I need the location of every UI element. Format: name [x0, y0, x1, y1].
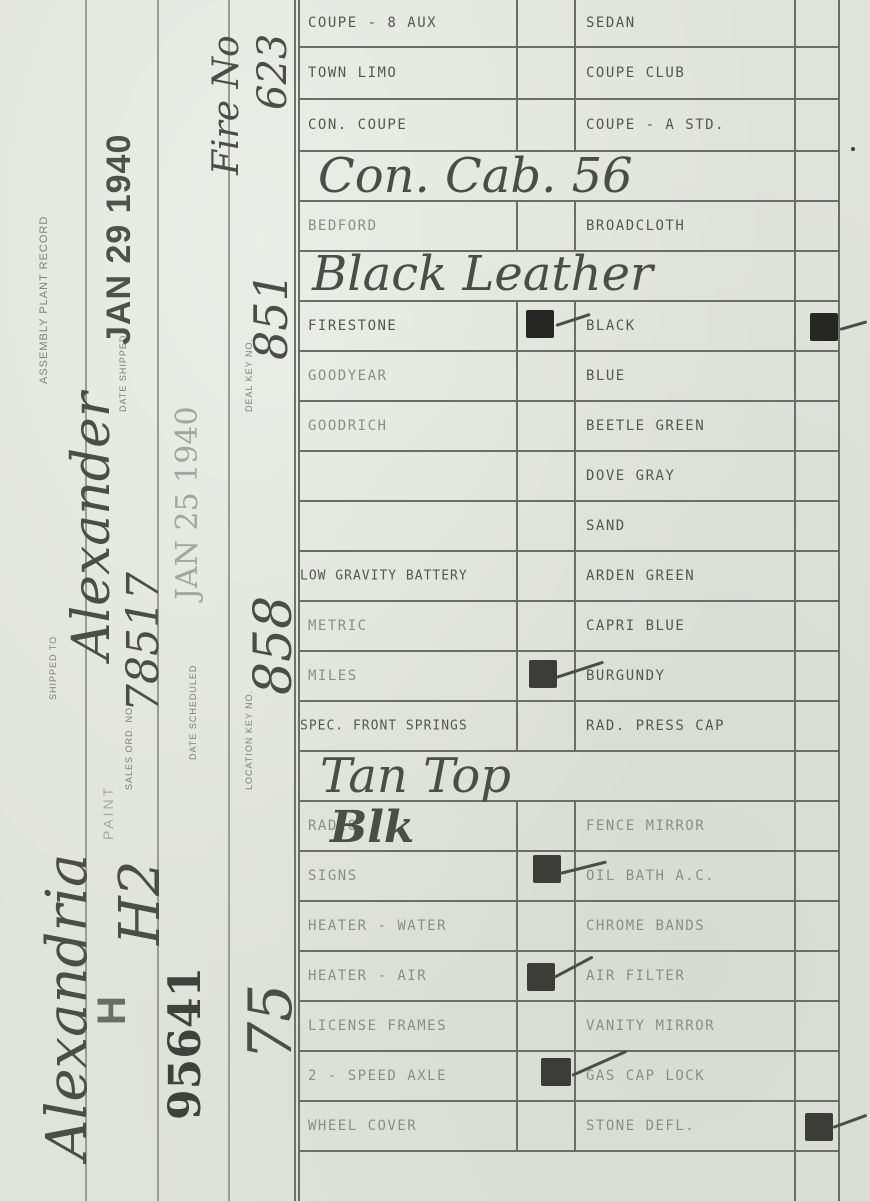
handwritten-top: Tan Top — [320, 748, 511, 804]
table-row: GOODRICH BEETLE GREEN — [298, 402, 840, 452]
checkbox[interactable] — [794, 0, 840, 46]
option-cell: FIRESTONE — [298, 302, 516, 350]
option-label: METRIC — [308, 618, 368, 634]
checkbox[interactable] — [516, 902, 574, 950]
signature-handwriting: Alexander — [62, 392, 122, 660]
option-label: VANITY MIRROR — [586, 1018, 715, 1034]
dealer-key-no-value: 851 — [244, 272, 298, 360]
assembly-plant-record-label: ASSEMBLY PLANT RECORD — [38, 216, 50, 384]
option-label: BLACK — [586, 318, 636, 334]
option-cell: METRIC — [298, 602, 516, 650]
option-label: BROADCLOTH — [586, 218, 685, 234]
table-row: BEDFORD BROADCLOTH — [298, 202, 840, 252]
option-cell: 2 - SPEED AXLE — [298, 1052, 516, 1100]
checkbox[interactable] — [794, 552, 840, 600]
option-cell: FENCE MIRROR — [574, 802, 794, 850]
table-row: CON. COUPE COUPE - A STD. — [298, 100, 840, 152]
checkbox[interactable] — [794, 352, 840, 400]
option-cell: AIR FILTER — [574, 952, 794, 1000]
option-label: SEDAN — [586, 15, 636, 31]
sales-ord-no-label: SALES ORD. NO. — [124, 703, 134, 790]
checkbox[interactable] — [794, 852, 840, 900]
option-label: 2 - SPEED AXLE — [308, 1068, 447, 1084]
checkbox[interactable] — [516, 502, 574, 550]
table-row: FIRESTONE BLACK — [298, 302, 840, 352]
handwritten-code: 75 — [236, 984, 306, 1060]
option-cell: COUPE - 8 AUX — [298, 0, 516, 46]
option-cell: GOODRICH — [298, 402, 516, 450]
checkmark-heater-air — [527, 963, 555, 991]
option-cell — [298, 452, 516, 500]
checkbox[interactable] — [516, 202, 574, 250]
table-row: LOW GRAVITY BATTERY ARDEN GREEN — [298, 552, 840, 602]
checkbox[interactable] — [794, 702, 840, 750]
table-row: COUPE - 8 AUX SEDAN — [298, 0, 840, 48]
column-rule — [228, 0, 230, 1201]
checkmark-signs — [533, 855, 561, 883]
option-label: BURGUNDY — [586, 668, 665, 684]
checkbox[interactable] — [516, 100, 574, 150]
table-row: SPEC. FRONT SPRINGS RAD. PRESS CAP — [298, 702, 840, 752]
checkbox[interactable] — [794, 1002, 840, 1050]
empty-row — [298, 1152, 840, 1201]
checkbox[interactable] — [794, 100, 840, 150]
option-cell: CHROME BANDS — [574, 902, 794, 950]
option-label: TOWN LIMO — [308, 65, 397, 81]
checkmark-2-speed-axle — [541, 1058, 571, 1086]
table-row: LICENSE FRAMES VANITY MIRROR — [298, 1002, 840, 1052]
checkbox[interactable] — [516, 1102, 574, 1150]
serial-number: 95641 — [160, 967, 211, 1120]
handwritten-body-type: Con. Cab. 56 — [318, 148, 633, 204]
option-cell: CON. COUPE — [298, 100, 516, 150]
option-label: CAPRI BLUE — [586, 618, 685, 634]
checkbox[interactable] — [794, 402, 840, 450]
option-label: COUPE - 8 AUX — [308, 15, 437, 31]
option-label: BLUE — [586, 368, 626, 384]
table-row: WHEEL COVER STONE DEFL. — [298, 1102, 840, 1152]
option-cell: BLUE — [574, 352, 794, 400]
fire-no-value: 623 — [250, 34, 296, 110]
option-label: GAS CAP LOCK — [586, 1068, 705, 1084]
handwritten-top-color: Blk — [330, 802, 414, 853]
option-cell: BLACK — [574, 302, 794, 350]
checkbox[interactable] — [794, 952, 840, 1000]
option-label: GOODRICH — [308, 418, 387, 434]
checkbox[interactable] — [794, 602, 840, 650]
checkbox[interactable] — [794, 752, 840, 800]
option-label: GOODYEAR — [308, 368, 387, 384]
option-cell: CAPRI BLUE — [574, 602, 794, 650]
option-label: HEATER - WATER — [308, 918, 447, 934]
option-cell: STONE DEFL. — [574, 1102, 794, 1150]
checkmark-firestone — [526, 310, 554, 338]
paint-label: PAINT — [100, 785, 116, 840]
option-label: BEETLE GREEN — [586, 418, 705, 434]
option-cell: SPEC. FRONT SPRINGS — [298, 702, 516, 750]
option-cell — [298, 502, 516, 550]
option-cell: BROADCLOTH — [574, 202, 794, 250]
option-label: BEDFORD — [308, 218, 378, 234]
location-key-no-value: 858 — [244, 596, 304, 695]
option-label: FENCE MIRROR — [586, 818, 705, 834]
table-row: SIGNS OIL BATH A.C. — [298, 852, 840, 902]
checkbox[interactable] — [794, 452, 840, 500]
option-label: CHROME BANDS — [586, 918, 705, 934]
ink-dot — [851, 147, 855, 151]
option-cell: OIL BATH A.C. — [574, 852, 794, 900]
option-label: DOVE GRAY — [586, 468, 675, 484]
checkbox[interactable] — [516, 702, 574, 750]
checkbox[interactable] — [794, 1152, 840, 1201]
checkbox[interactable] — [794, 502, 840, 550]
checkmark-miles — [529, 660, 557, 688]
table-row: SAND — [298, 502, 840, 552]
option-cell: MILES — [298, 652, 516, 700]
option-label: LICENSE FRAMES — [308, 1018, 447, 1034]
checkbox[interactable] — [516, 352, 574, 400]
option-label: OIL BATH A.C. — [586, 868, 715, 884]
table-row: HEATER - WATER CHROME BANDS — [298, 902, 840, 952]
table-row: METRIC CAPRI BLUE — [298, 602, 840, 652]
option-label: ARDEN GREEN — [586, 568, 695, 584]
table-row: HEATER - AIR AIR FILTER — [298, 952, 840, 1002]
option-cell: TOWN LIMO — [298, 48, 516, 98]
table-row: MILES BURGUNDY — [298, 652, 840, 702]
option-label: STONE DEFL. — [586, 1118, 695, 1134]
checkbox[interactable] — [794, 1052, 840, 1100]
option-label: FIRESTONE — [308, 318, 397, 334]
option-label: COUPE - A STD. — [586, 117, 725, 133]
checkbox[interactable] — [516, 48, 574, 98]
option-label: RAD. PRESS CAP — [586, 718, 725, 734]
option-cell: ARDEN GREEN — [574, 552, 794, 600]
option-cell: GOODYEAR — [298, 352, 516, 400]
option-label: AIR FILTER — [586, 968, 685, 984]
option-cell: BURGUNDY — [574, 652, 794, 700]
option-cell: WHEEL COVER — [298, 1102, 516, 1150]
option-cell: HEATER - AIR — [298, 952, 516, 1000]
option-cell: DOVE GRAY — [574, 452, 794, 500]
checkbox[interactable] — [516, 802, 574, 850]
body-letter-stamp: H — [90, 996, 135, 1025]
option-cell: BEETLE GREEN — [574, 402, 794, 450]
checkbox[interactable] — [794, 152, 840, 200]
checkbox[interactable] — [516, 602, 574, 650]
option-label: SAND — [586, 518, 626, 534]
checkbox[interactable] — [516, 402, 574, 450]
option-label: CON. COUPE — [308, 117, 407, 133]
table-row: DOVE GRAY — [298, 452, 840, 502]
checkmark-stone-defl — [805, 1113, 833, 1141]
table-row: TOWN LIMO COUPE CLUB — [298, 48, 840, 100]
option-label: WHEEL COVER — [308, 1118, 417, 1134]
option-label: MILES — [308, 668, 358, 684]
option-label: HEATER - AIR — [308, 968, 427, 984]
option-cell: COUPE CLUB — [574, 48, 794, 98]
option-cell: HEATER - WATER — [298, 902, 516, 950]
option-cell: COUPE - A STD. — [574, 100, 794, 150]
option-cell: RAD. PRESS CAP — [574, 702, 794, 750]
option-label: LOW GRAVITY BATTERY — [300, 569, 468, 584]
checkbox[interactable] — [516, 1002, 574, 1050]
option-cell: LOW GRAVITY BATTERY — [298, 552, 516, 600]
checkmark-black — [810, 313, 838, 341]
checkbox[interactable] — [794, 202, 840, 250]
checkbox[interactable] — [794, 48, 840, 98]
option-cell: LICENSE FRAMES — [298, 1002, 516, 1050]
option-cell: SEDAN — [574, 0, 794, 46]
checkbox[interactable] — [516, 452, 574, 500]
span-cell — [298, 1152, 794, 1201]
fire-no-handwriting: Fire No — [206, 35, 247, 175]
date-scheduled-value: JAN 25 1940 — [170, 406, 205, 600]
shipped-to-label: SHIPPED TO — [48, 636, 58, 700]
body-code-handwriting: H2 — [108, 861, 173, 945]
table-row: GOODYEAR BLUE — [298, 352, 840, 402]
option-cell: BEDFORD — [298, 202, 516, 250]
sales-ord-no-value: 78517 — [118, 572, 169, 712]
option-label: COUPE CLUB — [586, 65, 685, 81]
date-scheduled-label: DATE SCHEDULED — [188, 665, 198, 760]
option-cell: VANITY MIRROR — [574, 1002, 794, 1050]
checkbox[interactable] — [516, 0, 574, 46]
handwritten-trim: Black Leather — [312, 246, 653, 302]
option-cell: SIGNS — [298, 852, 516, 900]
checkbox[interactable] — [794, 802, 840, 850]
date-shipped-value: JAN 29 1940 — [100, 134, 139, 345]
checkbox[interactable] — [516, 552, 574, 600]
option-label: SIGNS — [308, 868, 358, 884]
checkbox[interactable] — [794, 652, 840, 700]
checkbox[interactable] — [794, 902, 840, 950]
option-label: SPEC. FRONT SPRINGS — [300, 719, 468, 734]
location-key-no-label: LOCATION KEY NO. — [244, 690, 254, 790]
option-cell: SAND — [574, 502, 794, 550]
checkbox[interactable] — [794, 252, 840, 300]
